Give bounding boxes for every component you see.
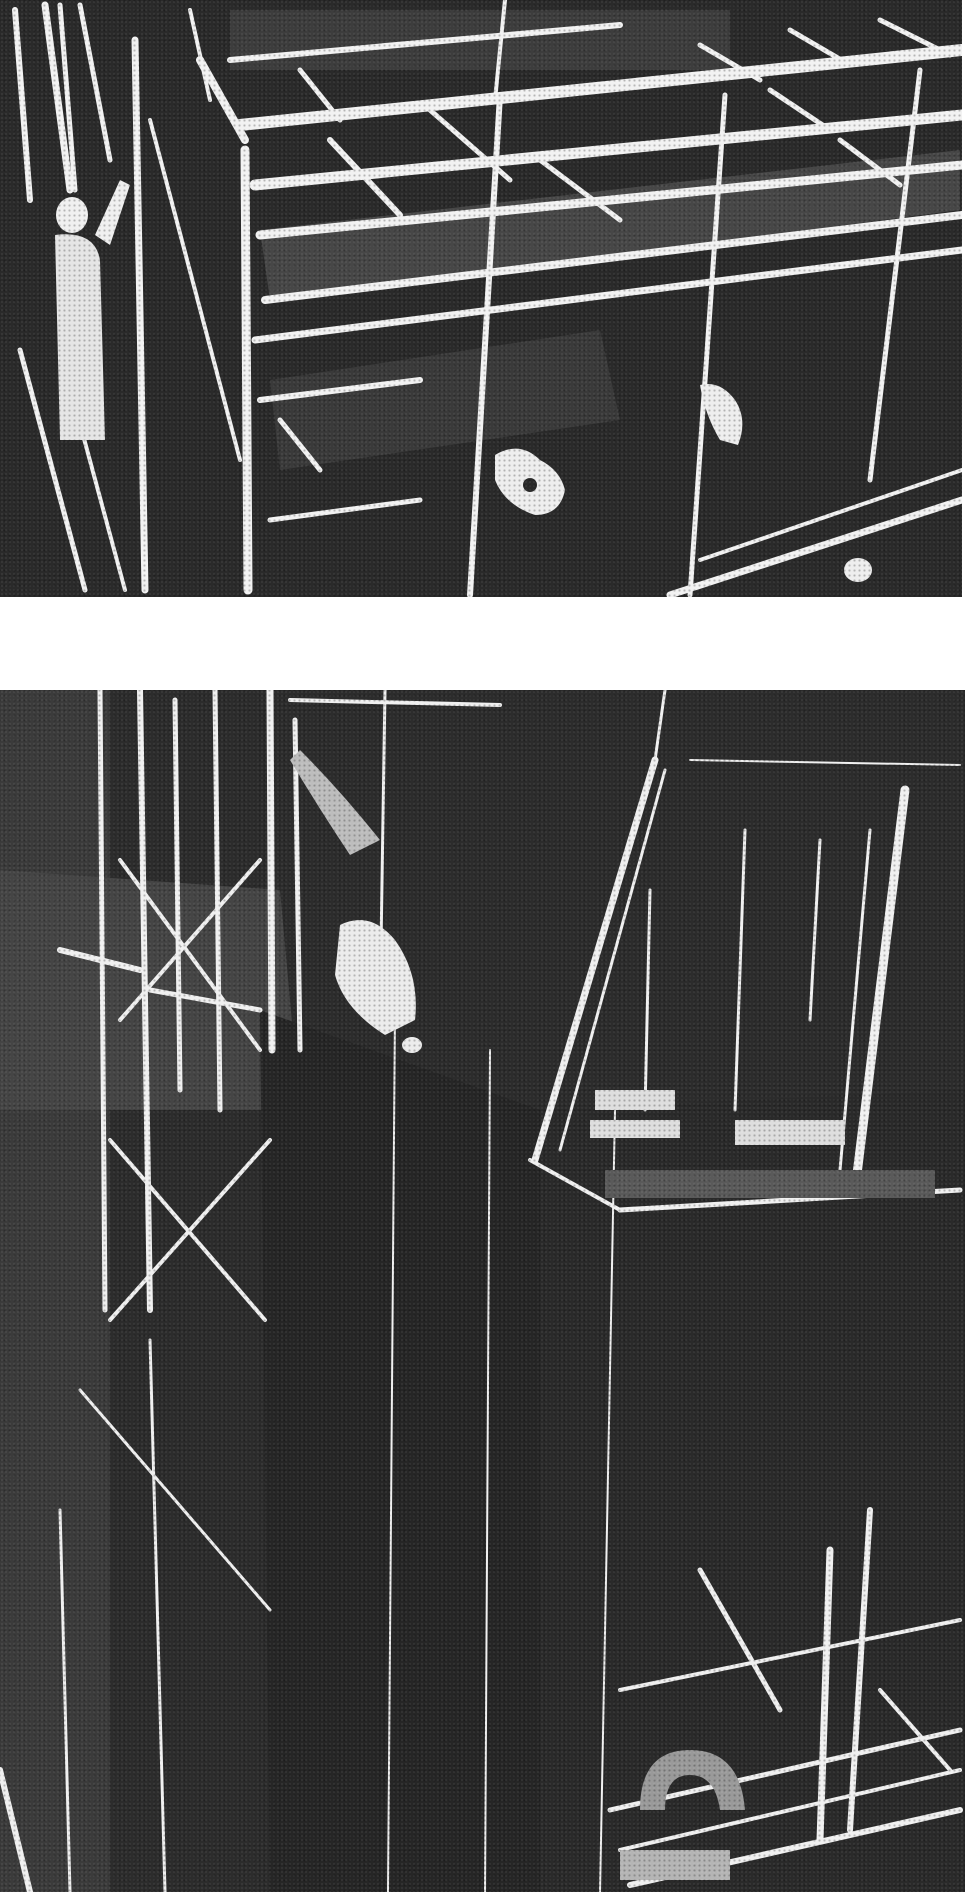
- photo-separator: [0, 597, 965, 690]
- photo-scaffold-deck: [0, 0, 962, 597]
- tower-construction-drawing: [0, 690, 965, 1892]
- photo-tower-construction: [0, 690, 965, 1892]
- scaffold-deck-drawing: [0, 0, 962, 597]
